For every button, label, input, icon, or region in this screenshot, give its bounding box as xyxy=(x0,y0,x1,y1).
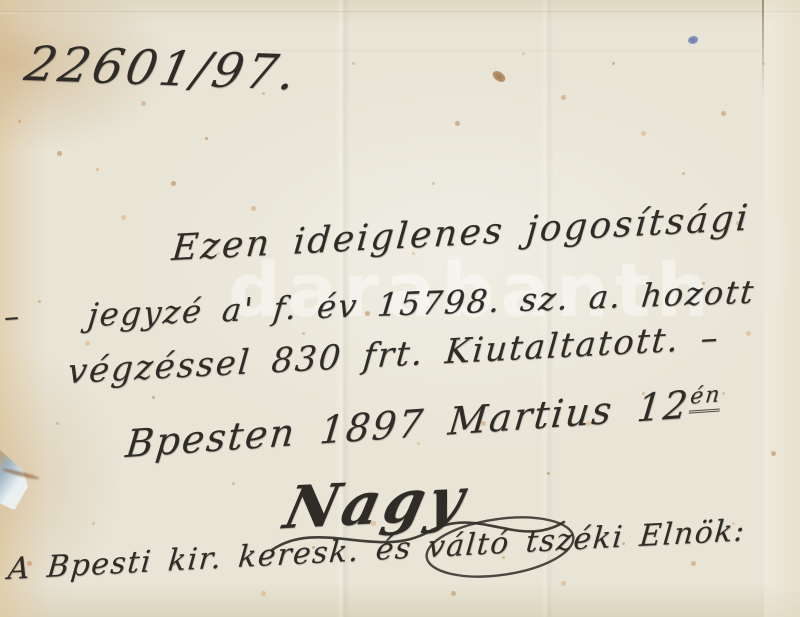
horizontal-crease xyxy=(230,50,760,53)
date-line: Bpesten 1897 Martius 12én xyxy=(124,380,723,466)
paper-tear xyxy=(0,448,28,510)
manuscript-page: darabanth 22601/97. Ezen ideiglenes jogo… xyxy=(0,0,800,617)
body-line-1: Ezen ideiglenes jogosítsági xyxy=(170,198,752,270)
date-text: Bpesten 1897 Martius 12 xyxy=(124,382,692,466)
brown-stain xyxy=(491,69,508,84)
right-fold-line xyxy=(762,0,764,96)
reference-number: 22601/97. xyxy=(20,36,304,101)
date-superscript: én xyxy=(689,382,723,413)
margin-dash: – xyxy=(3,299,20,335)
foxing-spots xyxy=(0,0,3,3)
blue-stain xyxy=(688,36,698,44)
right-page-edge xyxy=(764,0,800,617)
horizontal-crease xyxy=(0,11,800,14)
